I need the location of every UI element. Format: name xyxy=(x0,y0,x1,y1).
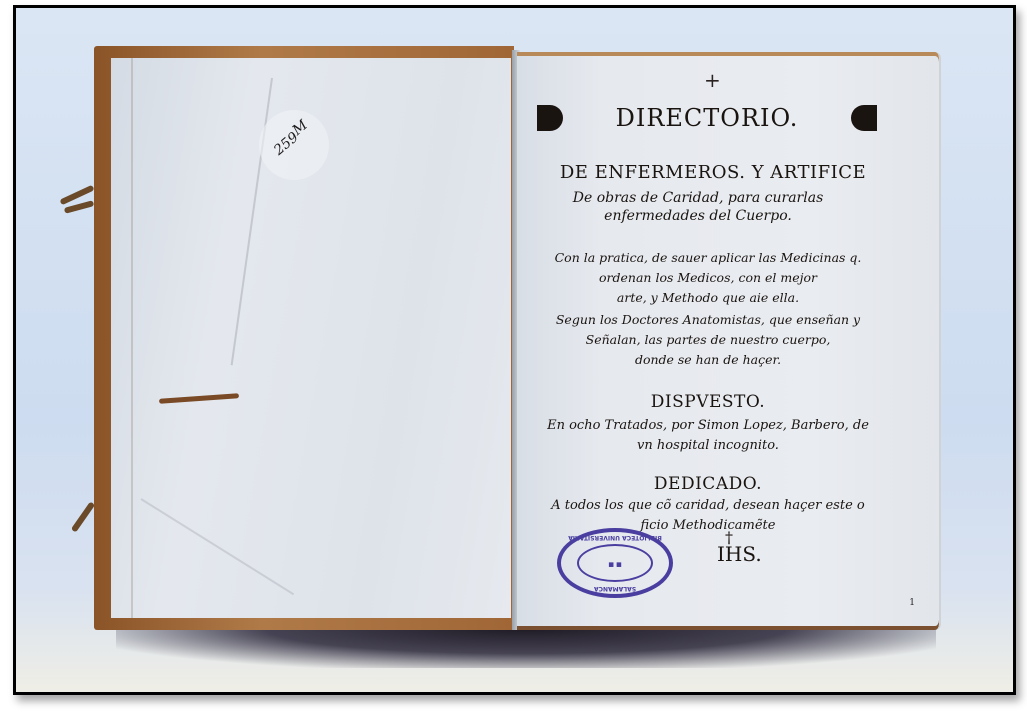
folio-mark: 1 xyxy=(909,598,915,608)
title-row: DIRECTORIO. xyxy=(537,104,877,132)
page-tear xyxy=(159,393,239,404)
para-3-line-1: En ocho Tratados, por Simon Lopez, Barbe… xyxy=(497,418,919,433)
para-2-line-2: Señalan, las partes de nuestro cuerpo, xyxy=(497,332,919,347)
page-fold xyxy=(131,58,133,618)
page-title: DIRECTORIO. xyxy=(616,104,799,132)
library-stamp: SALAMANCA ■ ■ BIBLIOTECA UNIVERSITARIA xyxy=(557,528,673,598)
subtitle-caps: DE ENFERMEROS. Y ARTIFICE xyxy=(502,162,924,183)
heading-dedicated: DEDICADO. xyxy=(497,474,919,494)
para-1-line-3: arte, y Methodo que aie ella. xyxy=(497,290,919,305)
para-1-line-1: Con la pratica, de sauer aplicar las Med… xyxy=(497,250,919,265)
ihs-monogram: IHS. xyxy=(717,542,762,566)
photo-frame: M 259 + DIRECTORIO. DE ENFERMEROS. Y ART… xyxy=(13,5,1016,695)
stamp-bottom-text: BIBLIOTECA UNIVERSITARIA xyxy=(561,534,669,541)
shelfmark: M 259 xyxy=(259,110,329,180)
ornament-left-icon xyxy=(537,105,563,131)
heading-disposed: DISPVESTO. xyxy=(497,392,919,412)
diagonal-crease xyxy=(140,498,294,595)
open-book: M 259 + DIRECTORIO. DE ENFERMEROS. Y ART… xyxy=(94,44,939,634)
subtitle-line-2: enfermedades del Cuerpo. xyxy=(487,208,909,224)
page-crease xyxy=(231,78,273,365)
para-4-line-1: A todos los que cõ caridad, desean haçer… xyxy=(497,498,919,513)
right-page-title: + DIRECTORIO. DE ENFERMEROS. Y ARTIFICE … xyxy=(517,52,941,630)
stamp-top-text: SALAMANCA xyxy=(561,585,669,592)
stamp-center-text: ■ ■ xyxy=(561,561,669,568)
para-3-line-2: vn hospital incognito. xyxy=(497,438,919,453)
para-2-line-3: donde se han de haçer. xyxy=(497,352,919,367)
cover-tie-bottom xyxy=(71,501,95,532)
cross-icon: + xyxy=(704,68,721,92)
subtitle-line-1: De obras de Caridad, para curarlas xyxy=(487,190,909,206)
left-page-flyleaf: M 259 xyxy=(111,58,511,618)
para-1-line-2: ordenan los Medicos, con el mejor xyxy=(497,270,919,285)
para-4-line-2: ficio Methodicamẽte xyxy=(497,518,919,533)
para-2-line-1: Segun los Doctores Anatomistas, que ense… xyxy=(497,312,919,327)
ornament-right-icon xyxy=(851,105,877,131)
